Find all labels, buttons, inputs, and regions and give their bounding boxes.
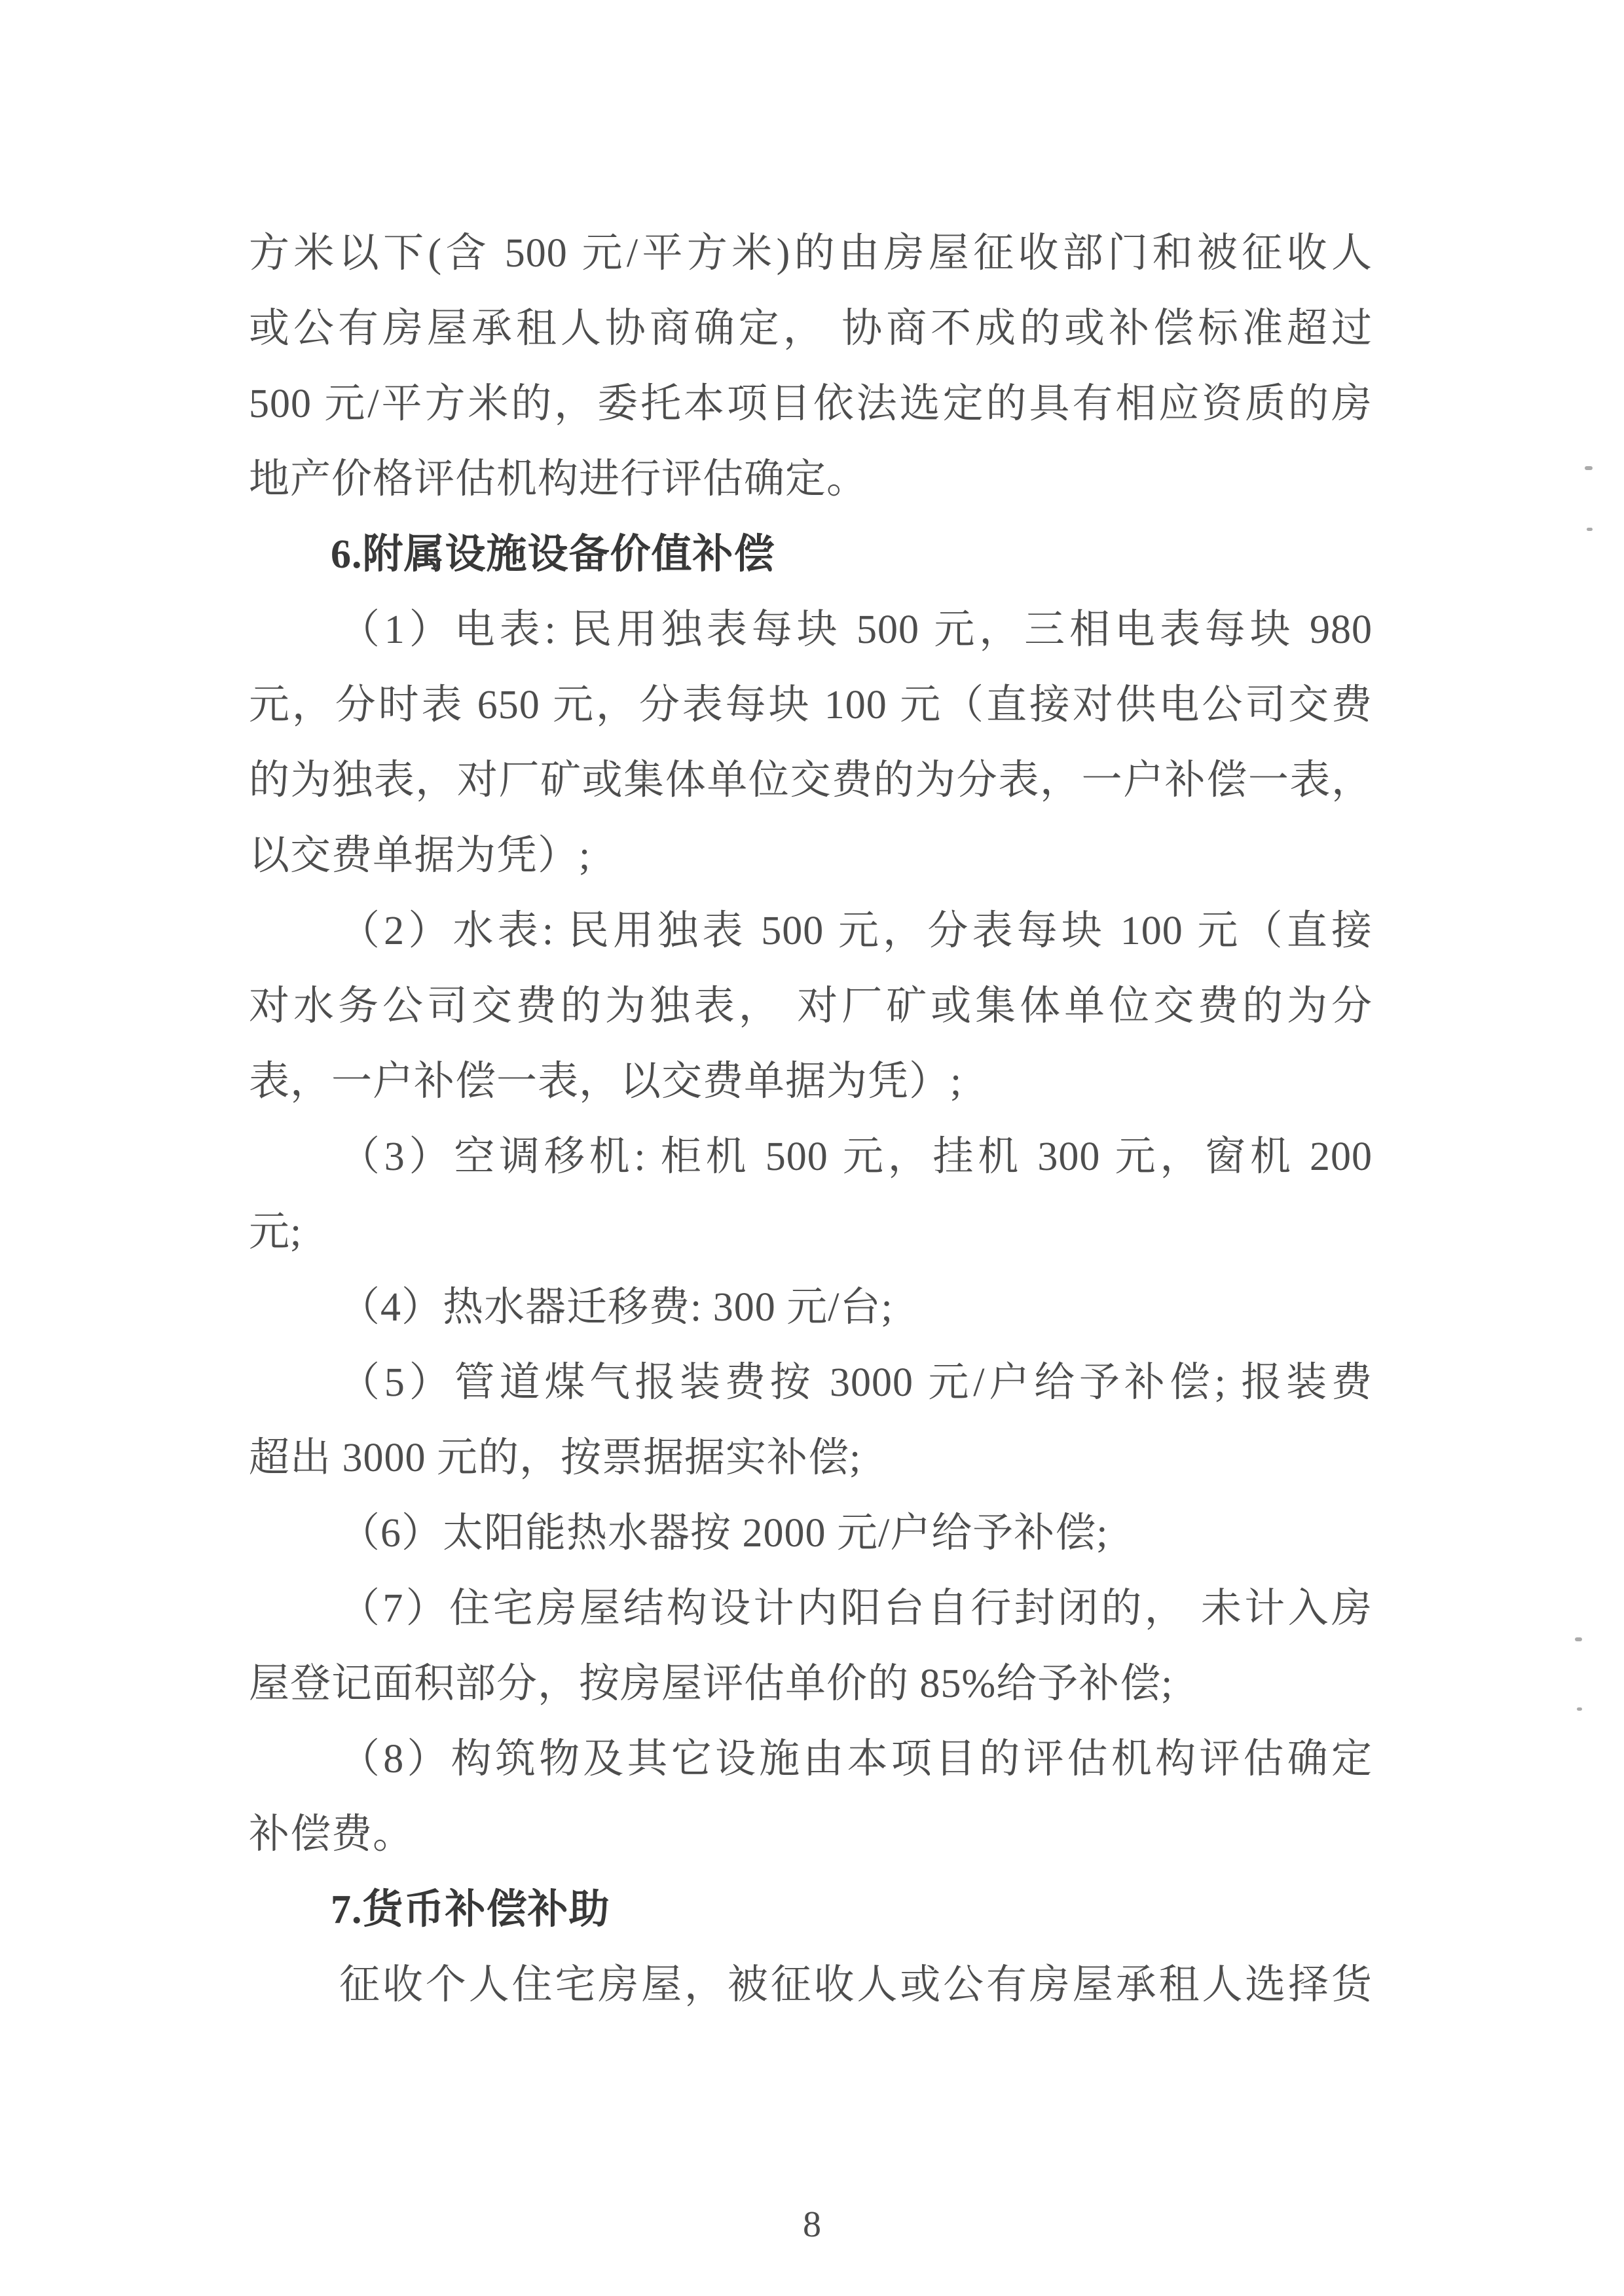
page-number: 8	[0, 2205, 1624, 2244]
text-line: 的为独表，对厂矿或集体单位交费的为分表，一户补偿一表，	[249, 743, 1373, 818]
text-line: 补偿费。	[249, 1797, 1373, 1872]
text-line: （2）水表: 民用独表 500 元，分表每块 100 元（直接	[249, 894, 1373, 969]
text-line: 地产价格评估机构进行评估确定。	[249, 442, 1373, 517]
text-line: 或公有房屋承租人协商确定， 协商不成的或补偿标准超过	[249, 291, 1373, 367]
text-line: 方米以下(含 500 元/平方米)的由房屋征收部门和被征收人	[249, 216, 1373, 291]
text-line: 征收个人住宅房屋，被征收人或公有房屋承租人选择货	[249, 1948, 1373, 2023]
text-line: （7）住宅房屋结构设计内阳台自行封闭的， 未计入房	[249, 1571, 1373, 1647]
scan-artifact-mark	[1585, 466, 1593, 470]
text-line: （1）电表: 民用独表每块 500 元，三相电表每块 980	[249, 592, 1373, 668]
paragraph: （1）电表: 民用独表每块 500 元，三相电表每块 980元，分时表 650 …	[249, 592, 1373, 894]
text-line: 超出 3000 元的，按票据据实补偿;	[249, 1421, 1373, 1496]
paragraph: （7）住宅房屋结构设计内阳台自行封闭的， 未计入房屋登记面积部分，按房屋评估单价…	[249, 1571, 1373, 1722]
text-line: 元;	[249, 1195, 1373, 1270]
text-line: （5）管道煤气报装费按 3000 元/户给予补偿; 报装费	[249, 1345, 1373, 1421]
paragraph: （5）管道煤气报装费按 3000 元/户给予补偿; 报装费超出 3000 元的，…	[249, 1345, 1373, 1496]
scan-artifact-mark	[1577, 1707, 1582, 1711]
text-line: （4）热水器迁移费: 300 元/台;	[249, 1270, 1373, 1345]
paragraph: （6）太阳能热水器按 2000 元/户给予补偿;	[249, 1496, 1373, 1571]
scan-artifact-mark	[1575, 1637, 1582, 1641]
paragraph: 方米以下(含 500 元/平方米)的由房屋征收部门和被征收人或公有房屋承租人协商…	[249, 216, 1373, 517]
paragraph: （4）热水器迁移费: 300 元/台;	[249, 1270, 1373, 1345]
section-heading: 7.货币补偿补助	[249, 1872, 1373, 1948]
text-line: 以交费单据为凭）;	[249, 818, 1373, 894]
paragraph: （8）构筑物及其它设施由本项目的评估机构评估确定补偿费。	[249, 1722, 1373, 1872]
document-body: 方米以下(含 500 元/平方米)的由房屋征收部门和被征收人或公有房屋承租人协商…	[249, 216, 1373, 2023]
document-page: 方米以下(含 500 元/平方米)的由房屋征收部门和被征收人或公有房屋承租人协商…	[0, 0, 1624, 2296]
text-line: 500 元/平方米的，委托本项目依法选定的具有相应资质的房	[249, 367, 1373, 442]
paragraph: （3）空调移机: 柜机 500 元，挂机 300 元，窗机 200元;	[249, 1120, 1373, 1270]
text-line: 表，一户补偿一表，以交费单据为凭）;	[249, 1044, 1373, 1120]
text-line: （3）空调移机: 柜机 500 元，挂机 300 元，窗机 200	[249, 1120, 1373, 1195]
text-line: （6）太阳能热水器按 2000 元/户给予补偿;	[249, 1496, 1373, 1571]
text-line: 对水务公司交费的为独表， 对厂矿或集体单位交费的为分	[249, 969, 1373, 1044]
text-line: 屋登记面积部分，按房屋评估单价的 85%给予补偿;	[249, 1647, 1373, 1722]
paragraph: 征收个人住宅房屋，被征收人或公有房屋承租人选择货	[249, 1948, 1373, 2023]
scan-artifact-mark	[1587, 528, 1593, 531]
text-line: 元，分时表 650 元，分表每块 100 元（直接对供电公司交费	[249, 668, 1373, 743]
paragraph: （2）水表: 民用独表 500 元，分表每块 100 元（直接对水务公司交费的为…	[249, 894, 1373, 1120]
text-line: （8）构筑物及其它设施由本项目的评估机构评估确定	[249, 1722, 1373, 1797]
section-heading: 6.附属设施设备价值补偿	[249, 517, 1373, 592]
